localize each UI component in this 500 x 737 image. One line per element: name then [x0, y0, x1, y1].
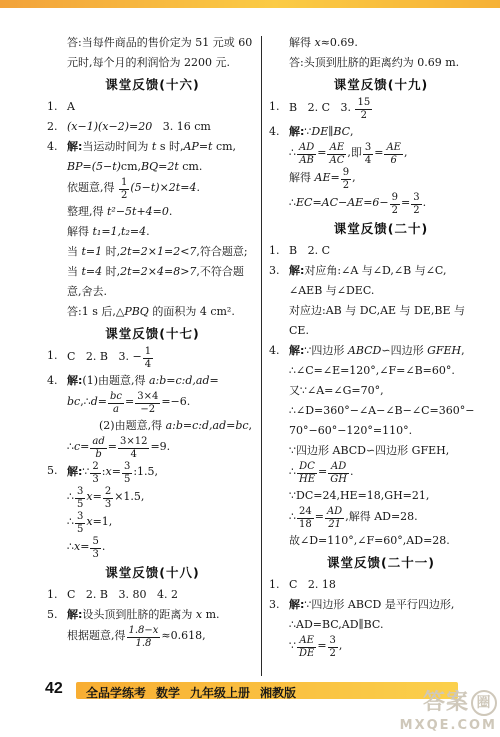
answer-line: 1.B 2. C	[269, 241, 493, 261]
text-run: ,	[461, 344, 465, 357]
fraction-denominator: 4	[143, 359, 153, 371]
text-run: 70°−60°−120°=110°.	[289, 424, 412, 437]
text-run: =	[317, 146, 326, 159]
section-header: 课堂反馈(十九)	[269, 73, 493, 97]
text-run: A	[67, 100, 75, 113]
fraction-numerator: bc	[108, 391, 124, 404]
text-run: ,	[352, 171, 356, 184]
fraction-numerator: 3	[328, 635, 338, 648]
fraction-numerator: 9	[341, 167, 351, 180]
text-run: ∴	[289, 510, 296, 523]
text-run: ∴	[67, 490, 74, 503]
text-run: 答:1 s 后,△	[67, 305, 124, 318]
footer-booklet-title: 全品学练考 数学 九年级上册 湘教版	[86, 684, 296, 701]
fraction-numerator: 3	[75, 486, 85, 499]
answer-line: ∴35x=23×1.5,	[47, 486, 258, 511]
text-run: .	[169, 205, 173, 218]
text-run: 解:	[289, 264, 304, 277]
item-number: 4.	[47, 371, 58, 391]
answer-line: 答:当每件商品的售价定为 51 元或 60	[47, 33, 258, 53]
text-run: GFEH	[427, 344, 461, 357]
fraction-denominator: DE	[297, 648, 316, 660]
text-run: a:b=c:d,ad=bc	[166, 419, 249, 432]
answer-line: ∵四边形 ABCD∽四边形 GFEH,	[269, 441, 493, 461]
text-run: ∴AD=BC,AD∥BC.	[289, 618, 383, 631]
answer-line: ∴∠D=360°−∠A−∠B−∠C=360°−	[269, 401, 493, 421]
answer-line: 解得 x≈0.69.	[269, 33, 493, 53]
answer-line: 4.解:∵DE∥BC,	[269, 122, 493, 142]
answer-line: 2.(x−1)(x−2)=20 3. 16 cm	[47, 117, 258, 137]
text-run: BP=(5−t)	[67, 160, 121, 173]
text-run: ∴	[289, 196, 296, 209]
fraction-numerator: 9	[390, 192, 400, 205]
answer-line: 根据题意,得1.8−x1.8≈0.618,	[47, 625, 258, 650]
answer-line: 3.解:∵四边形 ABCD 是平行四边形,	[269, 595, 493, 615]
item-number: 1.	[47, 585, 58, 605]
fraction: 53	[90, 536, 100, 561]
text-run: ,	[350, 125, 354, 138]
fraction: 92	[390, 192, 400, 217]
text-run: 解得	[289, 171, 315, 184]
section-header: 课堂反馈(十八)	[47, 561, 258, 585]
text-run: 整理,得	[67, 205, 107, 218]
answer-line: ∴EC=AC−AE=6−92=32.	[269, 192, 493, 217]
section-header: 课堂反馈(二十一)	[269, 551, 493, 575]
text-run: t²−5t+4=0	[107, 205, 169, 218]
text-run: =	[318, 465, 327, 478]
fraction-numerator: 1	[143, 346, 153, 359]
fraction-denominator: 3	[103, 499, 113, 511]
text-run: 2t=2×4=8>7	[120, 265, 196, 278]
answer-line: ∴ADAB=AEAC,即34=AE6,	[269, 142, 493, 167]
text-run: .	[196, 181, 200, 194]
fraction: ADGH	[328, 461, 349, 486]
fraction-numerator: AE	[327, 142, 346, 155]
watermark-brand: 答案圈	[377, 690, 497, 716]
fraction-denominator: 6	[384, 155, 403, 167]
text-run: C 2. B 3. 80 4. 2	[67, 588, 178, 601]
section-header: 课堂反馈(十七)	[47, 322, 258, 346]
text-run: 对应边:AB 与 DC,AE 与 DE,BE 与	[289, 304, 465, 317]
fraction-numerator: DC	[297, 461, 317, 474]
text-run: ∴	[289, 146, 296, 159]
text-run: CE.	[289, 324, 309, 337]
text-run: 时,	[102, 245, 120, 258]
fraction-denominator: GH	[328, 474, 349, 486]
text-run: ×1.5,	[114, 490, 144, 503]
item-number: 5.	[47, 605, 58, 625]
text-run: =	[125, 395, 134, 408]
text-run: 解:	[289, 344, 304, 357]
item-number: 3.	[269, 595, 280, 615]
fraction-denominator: 2	[119, 190, 129, 202]
text-run: t=1	[82, 245, 103, 258]
text-run: ∠AEB 与∠DEC.	[289, 284, 374, 297]
text-run: t=4	[82, 265, 103, 278]
text-run: 解:	[67, 140, 82, 153]
text-run: 时,	[102, 265, 120, 278]
right-column: 解得 x≈0.69.答:头顶到肚脐的距离约为 0.69 m.课堂反馈(十九)1.…	[269, 33, 493, 660]
text-run: ∵	[289, 639, 296, 652]
fraction-numerator: AD	[325, 506, 344, 519]
answer-line: 意,舍去.	[47, 282, 258, 302]
text-run: bc	[67, 395, 80, 408]
answer-line: 答:1 s 后,△PBQ 的面积为 4 cm².	[47, 302, 258, 322]
text-run: C 2. 18	[289, 578, 336, 591]
answer-line: BP=(5−t)cm,BQ=2t cm.	[47, 157, 258, 177]
fraction-numerator: AD	[297, 142, 316, 155]
watermark-brand-text: 答案	[423, 690, 469, 715]
item-number: 4.	[269, 341, 280, 361]
item-number: 1.	[269, 575, 280, 595]
fraction-denominator: 5	[75, 524, 85, 536]
text-run: =	[315, 510, 324, 523]
text-run: s 时,	[156, 140, 183, 153]
text-run: ∵DC=24,HE=18,GH=21,	[289, 489, 429, 502]
answer-line: 依题意,得 12(5−t)×2t=4.	[47, 177, 258, 202]
text-run: C 2. B 3. −	[67, 350, 142, 363]
answer-line: 3.解:对应角:∠A 与∠D,∠B 与∠C,	[269, 261, 493, 281]
fraction-numerator: AE	[297, 635, 316, 648]
text-run: ≈0.69.	[321, 36, 358, 49]
fraction: 92	[341, 167, 351, 192]
text-run: ∴∠C=∠E=120°,∠F=∠B=60°.	[289, 364, 455, 377]
fraction-numerator: 1.8−x	[127, 625, 161, 638]
fraction-denominator: 2	[355, 110, 372, 122]
fraction-denominator: a	[108, 404, 124, 416]
text-run: =	[374, 146, 383, 159]
text-run: 解:	[67, 608, 82, 621]
item-number: 1.	[269, 97, 280, 117]
fraction: AEAC	[327, 142, 346, 167]
text-run: 当	[67, 265, 82, 278]
item-number: 3.	[269, 261, 280, 281]
fraction-numerator: 5	[90, 536, 100, 549]
fraction: 23	[90, 461, 100, 486]
item-number: 4.	[47, 137, 58, 157]
fraction-denominator: 21	[325, 519, 344, 531]
fraction: AD21	[325, 506, 344, 531]
text-run: 解:	[289, 125, 304, 138]
answer-line: 1.A	[47, 97, 258, 117]
text-run: ∽四边形	[381, 344, 427, 357]
fraction: 32	[411, 192, 421, 217]
fraction-numerator: AD	[328, 461, 349, 474]
text-run: =	[112, 465, 121, 478]
fraction-denominator: 2	[411, 205, 421, 217]
text-run: PBQ	[124, 305, 149, 318]
fraction: AEDE	[297, 635, 316, 660]
text-run: =−6.	[161, 395, 190, 408]
text-run: BQ=2t	[141, 160, 179, 173]
item-number: 1.	[269, 241, 280, 261]
watermark-circle-badge: 圈	[471, 690, 497, 716]
text-run: =	[108, 440, 117, 453]
answer-line: bc,∴d=bca=3×4−2=−6.	[47, 391, 258, 416]
text-run: .	[350, 465, 354, 478]
answer-line: 故∠D=110°,∠F=60°,AD=28.	[269, 531, 493, 551]
fraction-denominator: 18	[297, 519, 314, 531]
answer-line: ∴AD=BC,AD∥BC.	[269, 615, 493, 635]
text-run: ∴∠D=360°−∠A−∠B−∠C=360°−	[289, 404, 474, 417]
text-run: ∴	[289, 465, 296, 478]
item-number: 5.	[47, 461, 58, 481]
text-run: B 2. C	[289, 244, 330, 257]
text-run: 又∵∠A=∠G=70°,	[289, 384, 384, 397]
answer-line: 当 t=4 时,2t=2×4=8>7,不符合题	[47, 262, 258, 282]
fraction-numerator: 15	[355, 97, 372, 110]
answer-line: ∵DC=24,HE=18,GH=21,	[269, 486, 493, 506]
text-run: DE∥BC	[311, 125, 350, 138]
text-run: 2t=2×1=2<7	[120, 245, 196, 258]
fraction-numerator: 3×4	[135, 391, 160, 404]
answer-line: 整理,得 t²−5t+4=0.	[47, 202, 258, 222]
text-run: a:b=c:d,ad=	[149, 374, 219, 387]
text-run: 3. 16 cm	[152, 120, 211, 133]
text-run: 故∠D=110°,∠F=60°,AD=28.	[289, 534, 450, 547]
text-run: ≈0.618,	[161, 629, 205, 642]
fraction: AE6	[384, 142, 403, 167]
item-number: 1.	[47, 97, 58, 117]
text-run: 解:	[67, 374, 82, 387]
fraction: 12	[119, 177, 129, 202]
answer-line: (2)由题意,得 a:b=c:d,ad=bc,	[47, 416, 258, 436]
answer-line: 70°−60°−120°=110°.	[269, 421, 493, 441]
answer-line: ∴35x=1,	[47, 511, 258, 536]
fraction-denominator: 2	[328, 648, 338, 660]
fraction-denominator: −2	[135, 404, 160, 416]
text-run: =	[330, 171, 339, 184]
answer-line: 解得 AE=92,	[269, 167, 493, 192]
item-number: 2.	[47, 117, 58, 137]
text-run: :1.5,	[133, 465, 158, 478]
text-run: 当	[67, 245, 82, 258]
fraction-numerator: 3	[411, 192, 421, 205]
fraction-numerator: 2	[103, 486, 113, 499]
text-run: 解:	[67, 465, 82, 478]
text-run: ∵四边形 ABCD∽四边形 GFEH,	[289, 444, 449, 457]
fraction-denominator: AC	[327, 155, 346, 167]
text-run: ,∴	[80, 395, 91, 408]
answer-line: 1.C 2. B 3. −14	[47, 346, 258, 371]
text-run: EC=AC−AE=6−	[296, 196, 389, 209]
answer-line: 5.解:设头顶到肚脐的距离为 x m.	[47, 605, 258, 625]
fraction-numerator: ad	[90, 436, 106, 449]
answer-line: 又∵∠A=∠G=70°,	[269, 381, 493, 401]
text-run: B 2. C 3.	[289, 101, 354, 114]
text-run: 的面积为 4 cm².	[149, 305, 235, 318]
text-run: c=	[74, 440, 89, 453]
text-run: ,	[404, 146, 408, 159]
fraction: 1.8−x1.8	[127, 625, 161, 650]
answer-line: 1.C 2. 18	[269, 575, 493, 595]
fraction-denominator: 2	[341, 180, 351, 192]
text-run: cm,	[121, 160, 141, 173]
text-run: 解得	[67, 225, 93, 238]
answer-line: 当 t=1 时,2t=2×1=2<7,符合题意;	[47, 242, 258, 262]
text-run: 对应角:∠A 与∠D,∠B 与∠C,	[304, 264, 446, 277]
text-run: 答:当每件商品的售价定为 51 元或 60	[67, 36, 252, 49]
text-run: =	[401, 196, 410, 209]
text-run: .	[102, 540, 106, 553]
text-run: ,不符合题	[196, 265, 244, 278]
text-run: (1)由题意,得	[82, 374, 149, 387]
fraction-denominator: 4	[118, 449, 149, 461]
text-run: ,	[249, 419, 253, 432]
answer-line: ∴2418=AD21,解得 AD=28.	[269, 506, 493, 531]
text-run: 答:头顶到肚脐的距离约为 0.69 m.	[289, 56, 459, 69]
left-column: 答:当每件商品的售价定为 51 元或 60元时,每个月的利润恰为 2200 元.…	[47, 33, 258, 650]
fraction-numerator: 3×12	[118, 436, 149, 449]
text-run: =9.	[150, 440, 170, 453]
fraction-numerator: 3	[363, 142, 373, 155]
text-run: ∵	[82, 465, 89, 478]
fraction: 35	[75, 486, 85, 511]
item-number: 1.	[47, 346, 58, 366]
fraction-denominator: 1.8	[127, 638, 161, 650]
answer-line: CE.	[269, 321, 493, 341]
section-header: 课堂反馈(二十)	[269, 217, 493, 241]
fraction: 14	[143, 346, 153, 371]
answer-line: ∠AEB 与∠DEC.	[269, 281, 493, 301]
text-run: 解得	[289, 36, 315, 49]
fraction-denominator: 4	[363, 155, 373, 167]
page-number: 42	[45, 680, 63, 698]
fraction-numerator: AE	[384, 142, 403, 155]
fraction-denominator: AB	[297, 155, 316, 167]
section-header: 课堂反馈(十六)	[47, 73, 258, 97]
answer-line: 4.解:(1)由题意,得 a:b=c:d,ad=	[47, 371, 258, 391]
answer-line: ∵AEDE=32,	[269, 635, 493, 660]
answer-line: ∴∠C=∠E=120°,∠F=∠B=60°.	[269, 361, 493, 381]
fraction: 32	[328, 635, 338, 660]
fraction-numerator: 3	[122, 461, 132, 474]
text-run: cm.	[179, 160, 203, 173]
fraction: DCHE	[297, 461, 317, 486]
text-run: ,即	[347, 146, 362, 159]
fraction: 3×4−2	[135, 391, 160, 416]
fraction-denominator: 5	[122, 474, 132, 486]
text-run: 依题意,得	[67, 181, 118, 194]
text-run: (x−1)(x−2)=20	[67, 120, 152, 133]
answer-line: 5.解:∵23:x=35:1.5,	[47, 461, 258, 486]
column-divider	[261, 36, 262, 676]
fraction: 2418	[297, 506, 314, 531]
text-run: AP=t	[183, 140, 212, 153]
text-run: 根据题意,得	[67, 629, 126, 642]
answer-line: 答:头顶到肚脐的距离约为 0.69 m.	[269, 53, 493, 73]
text-run: ∵四边形 ABCD 是平行四边形,	[304, 598, 454, 611]
text-run: ,符合题意;	[196, 245, 247, 258]
text-run: ∴	[67, 515, 74, 528]
text-run: .	[423, 196, 427, 209]
text-run: .	[146, 225, 150, 238]
watermark: 答案圈 MXQE.COM	[377, 690, 497, 732]
answer-line: ∴c=adb=3×124=9.	[47, 436, 258, 461]
text-run: cm,	[212, 140, 236, 153]
answer-line: 1.B 2. C 3. 152	[269, 97, 493, 122]
text-run: ∵四边形	[304, 344, 348, 357]
answer-line: 对应边:AB 与 DC,AE 与 DE,BE 与	[269, 301, 493, 321]
fraction-numerator: 1	[119, 177, 129, 190]
text-run: =1,	[93, 515, 113, 528]
text-run: AE	[315, 171, 331, 184]
text-run: 设头顶到肚脐的距离为	[82, 608, 196, 621]
fraction-denominator: 2	[390, 205, 400, 217]
fraction-denominator: HE	[297, 474, 317, 486]
text-run: (2)由题意,得	[99, 419, 166, 432]
fraction: 23	[103, 486, 113, 511]
answer-line: 1.C 2. B 3. 80 4. 2	[47, 585, 258, 605]
fraction: 34	[363, 142, 373, 167]
text-run: 元时,每个月的利润恰为 2200 元.	[67, 56, 230, 69]
fraction: 35	[75, 511, 85, 536]
text-run: =	[93, 490, 102, 503]
text-run: m.	[202, 608, 219, 621]
text-run: ,	[339, 639, 343, 652]
watermark-site: MXQE.COM	[377, 719, 497, 732]
fraction: 3×124	[118, 436, 149, 461]
text-run: =	[317, 639, 326, 652]
text-run: d=	[91, 395, 107, 408]
text-run: 解:	[289, 598, 304, 611]
text-run: ∴	[67, 540, 74, 553]
fraction-numerator: 24	[297, 506, 314, 519]
answer-line: 元时,每个月的利润恰为 2200 元.	[47, 53, 258, 73]
text-run: 意,舍去.	[67, 285, 107, 298]
fraction-denominator: 5	[75, 499, 85, 511]
text-run: ,解得 AD=28.	[345, 510, 417, 523]
fraction: ADAB	[297, 142, 316, 167]
fraction-denominator: 3	[90, 474, 100, 486]
answer-line: 4.解:∵四边形 ABCD∽四边形 GFEH,	[269, 341, 493, 361]
fraction: 152	[355, 97, 372, 122]
fraction: adb	[90, 436, 106, 461]
item-number: 4.	[269, 122, 280, 142]
fraction-numerator: 2	[90, 461, 100, 474]
text-run: (5−t)×2t=4	[130, 181, 196, 194]
text-run: t₁=1,t₂=4	[93, 225, 147, 238]
fraction-denominator: 3	[90, 549, 100, 561]
fraction: bca	[108, 391, 124, 416]
answer-line: ∴DCHE=ADGH.	[269, 461, 493, 486]
text-run: ABCD	[348, 344, 381, 357]
fraction-denominator: b	[90, 449, 106, 461]
top-accent-bar	[0, 0, 500, 8]
answer-line: ∴x=53.	[47, 536, 258, 561]
text-run: ∴	[67, 440, 74, 453]
text-run: =	[80, 540, 89, 553]
answer-line: 解得 t₁=1,t₂=4.	[47, 222, 258, 242]
text-run: 当运动时间为	[82, 140, 152, 153]
answer-line: 4.解:当运动时间为 t s 时,AP=t cm,	[47, 137, 258, 157]
fraction: 35	[122, 461, 132, 486]
fraction-numerator: 3	[75, 511, 85, 524]
